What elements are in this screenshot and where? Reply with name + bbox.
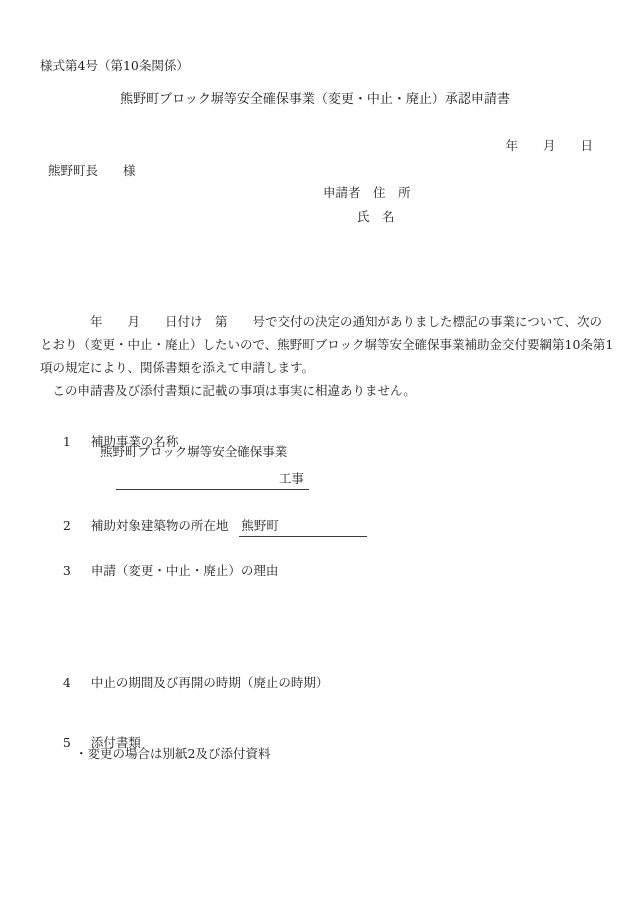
item-2-number: 2 (63, 519, 91, 533)
item-2-building-location: 2補助対象建築物の所在地熊野町 (47, 505, 367, 551)
item-5-attachment-note: ・変更の場合は別紙2及び添付資料 (75, 747, 270, 761)
project-name-blank: 工事 (116, 472, 309, 489)
item-3-application-reason: 3申請（変更・中止・廃止）の理由 (47, 550, 278, 593)
body-paragraph-line-2: とおり（変更・中止・廃止）したいので、熊野町ブロック塀等安全確保事業補助金交付要… (40, 338, 613, 352)
form-number: 様式第4号（第10条関係） (40, 59, 189, 73)
item-1-number: 1 (63, 435, 91, 449)
page-title: 熊野町ブロック塀等安全確保事業（変更・中止・廃止）承認申請書 (0, 93, 630, 108)
body-affirmation-line: この申請書及び添付書類に記載の事項は事実に相違ありません。 (40, 384, 416, 398)
item-4-label: 中止の期間及び再開の時期（廃止の時期） (91, 675, 329, 690)
applicant-address-label: 申請者 住 所 (323, 186, 411, 200)
item-4-suspension-period: 4中止の期間及び再開の時期（廃止の時期） (47, 662, 328, 705)
item-3-number: 3 (63, 564, 91, 578)
applicant-name-label: 氏 名 (357, 210, 395, 224)
body-paragraph-line-3: 項の規定により、関係書類を添えて申請します。 (40, 361, 314, 375)
item-4-number: 4 (63, 676, 91, 690)
document-page: 様式第4号（第10条関係） 熊野町ブロック塀等安全確保事業（変更・中止・廃止）承… (0, 0, 630, 903)
addressee: 熊野町長 様 (48, 164, 136, 178)
date-blank-line: 年 月 日 (0, 139, 593, 153)
item-2-label: 補助対象建築物の所在地 (91, 518, 229, 533)
building-location-blank: 熊野町 (239, 519, 367, 536)
item-1-blank-line: 工事 (100, 458, 309, 504)
item-3-label: 申請（変更・中止・廃止）の理由 (91, 563, 279, 578)
body-paragraph-line-1: 年 月 日付け 第 号で交付の決定の通知がありました標記の事業について、次の (40, 315, 602, 329)
